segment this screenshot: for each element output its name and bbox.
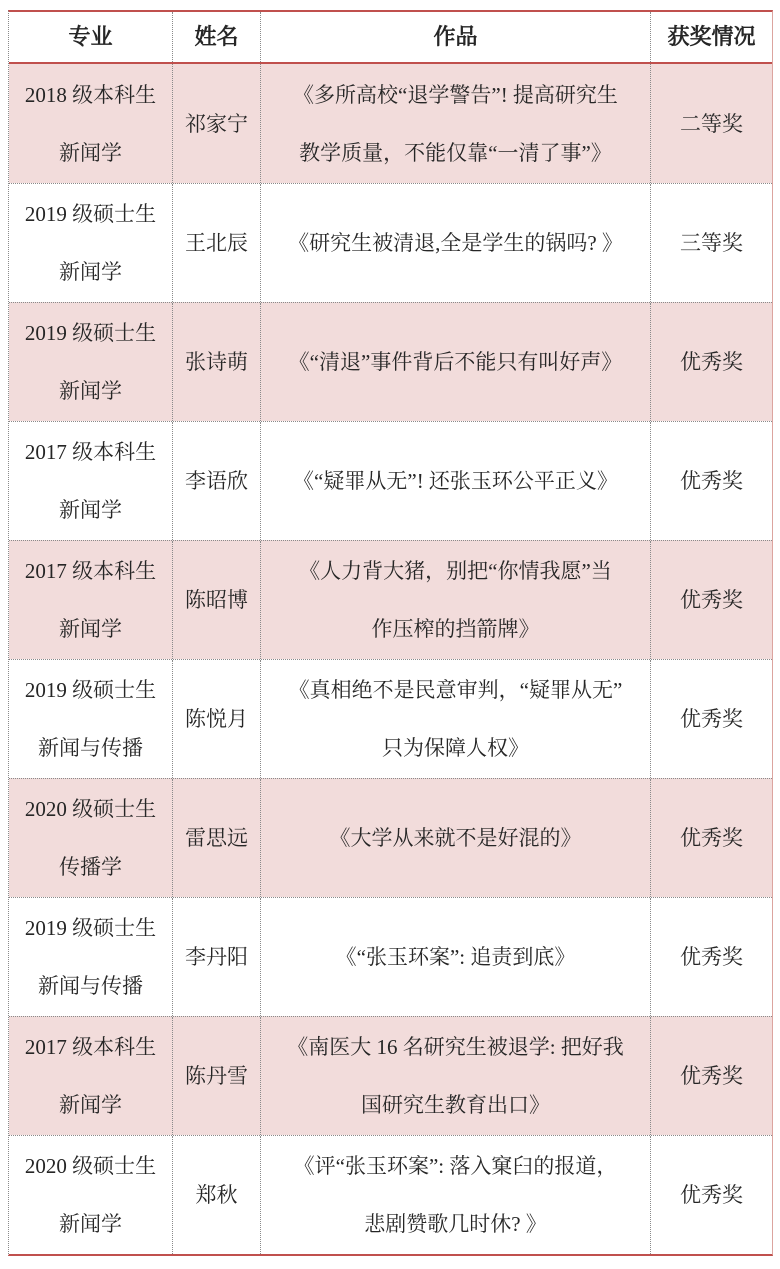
major-line2: 新闻学 [59, 243, 122, 301]
major-line2: 新闻与传播 [38, 957, 143, 1015]
award-label: 优秀奖 [680, 571, 743, 629]
major-line2: 传播学 [59, 838, 122, 896]
work-line1: 《研究生被清退,全是学生的锅吗? 》 [288, 214, 623, 272]
award-label: 优秀奖 [680, 809, 743, 867]
award-cell: 优秀奖 [650, 1017, 772, 1135]
header-work-label: 作品 [433, 22, 477, 52]
major-line2: 新闻学 [59, 1195, 122, 1253]
table-row: 2018 级本科生新闻学 祁家宁 《多所高校“退学警告”! 提高研究生教学质量，… [9, 64, 772, 183]
major-line1: 2017 级本科生 [25, 1018, 156, 1076]
award-cell: 二等奖 [650, 64, 772, 183]
major-line2: 新闻学 [59, 124, 122, 182]
major-cell: 2019 级硕士生新闻与传播 [9, 660, 172, 778]
major-line1: 2019 级硕士生 [25, 304, 156, 362]
table-row: 2019 级硕士生新闻与传播 李丹阳 《“张玉环案”: 追责到底》 优秀奖 [9, 897, 772, 1016]
header-name-label: 姓名 [194, 22, 238, 52]
name-cell: 陈丹雪 [172, 1017, 260, 1135]
name-cell: 李丹阳 [172, 898, 260, 1016]
award-label: 优秀奖 [680, 1047, 743, 1105]
award-cell: 优秀奖 [650, 660, 772, 778]
header-cell-work: 作品 [260, 12, 650, 62]
header-cell-award: 获奖情况 [650, 12, 772, 62]
major-line1: 2018 级本科生 [25, 66, 156, 124]
award-label: 优秀奖 [680, 690, 743, 748]
work-line1: 《“清退”事件背后不能只有叫好声》 [289, 333, 623, 391]
table-row: 2017 级本科生新闻学 陈丹雪 《南医大 16 名研究生被退学: 把好我国研究… [9, 1016, 772, 1135]
student-name: 郑秋 [196, 1166, 238, 1224]
student-name: 李语欣 [185, 452, 248, 510]
work-line1: 《评“张玉环案”: 落入窠臼的报道， [294, 1137, 618, 1195]
name-cell: 陈悦月 [172, 660, 260, 778]
student-name: 祁家宁 [185, 95, 248, 153]
work-cell: 《“疑罪从无”! 还张玉环公平正义》 [260, 422, 650, 540]
work-cell: 《多所高校“退学警告”! 提高研究生教学质量，不能仅靠“一清了事”》 [260, 64, 650, 183]
work-cell: 《人力背大猪，别把“你情我愿”当作压榨的挡箭牌》 [260, 541, 650, 659]
student-name: 雷思远 [185, 809, 248, 867]
major-line1: 2020 级硕士生 [25, 780, 156, 838]
major-cell: 2020 级硕士生传播学 [9, 779, 172, 897]
major-line2: 新闻与传播 [38, 719, 143, 777]
award-cell: 优秀奖 [650, 779, 772, 897]
table-row: 2017 级本科生新闻学 李语欣 《“疑罪从无”! 还张玉环公平正义》 优秀奖 [9, 421, 772, 540]
award-table: 专业 姓名 作品 获奖情况 2018 级本科生新闻学 祁家宁 《多所高校“退学警… [8, 10, 773, 1256]
major-cell: 2020 级硕士生新闻学 [9, 1136, 172, 1254]
work-line1: 《人力背大猪，别把“你情我愿”当 [299, 542, 612, 600]
student-name: 陈丹雪 [185, 1047, 248, 1105]
work-line2: 只为保障人权》 [382, 719, 529, 777]
table-row: 2017 级本科生新闻学 陈昭博 《人力背大猪，别把“你情我愿”当作压榨的挡箭牌… [9, 540, 772, 659]
major-line1: 2019 级硕士生 [25, 661, 156, 719]
work-line1: 《“疑罪从无”! 还张玉环公平正义》 [293, 452, 618, 510]
table-header-row: 专业 姓名 作品 获奖情况 [9, 12, 772, 64]
name-cell: 雷思远 [172, 779, 260, 897]
award-cell: 优秀奖 [650, 303, 772, 421]
award-cell: 三等奖 [650, 184, 772, 302]
award-label: 三等奖 [680, 214, 743, 272]
table-row: 2019 级硕士生新闻学 张诗萌 《“清退”事件背后不能只有叫好声》 优秀奖 [9, 302, 772, 421]
work-cell: 《大学从来就不是好混的》 [260, 779, 650, 897]
award-label: 优秀奖 [680, 452, 743, 510]
name-cell: 王北辰 [172, 184, 260, 302]
student-name: 李丹阳 [185, 928, 248, 986]
table-row: 2020 级硕士生传播学 雷思远 《大学从来就不是好混的》 优秀奖 [9, 778, 772, 897]
name-cell: 张诗萌 [172, 303, 260, 421]
work-line1: 《多所高校“退学警告”! 提高研究生 [293, 66, 618, 124]
table-row: 2020 级硕士生新闻学 郑秋 《评“张玉环案”: 落入窠臼的报道，悲剧赞歌几时… [9, 1135, 772, 1254]
award-cell: 优秀奖 [650, 422, 772, 540]
name-cell: 祁家宁 [172, 64, 260, 183]
major-cell: 2017 级本科生新闻学 [9, 541, 172, 659]
work-cell: 《评“张玉环案”: 落入窠臼的报道，悲剧赞歌几时休? 》 [260, 1136, 650, 1254]
work-line2: 教学质量，不能仅靠“一清了事”》 [299, 124, 612, 182]
work-line2: 作压榨的挡箭牌》 [372, 600, 540, 658]
major-line1: 2019 级硕士生 [25, 185, 156, 243]
major-line1: 2017 级本科生 [25, 423, 156, 481]
award-label: 优秀奖 [680, 928, 743, 986]
award-cell: 优秀奖 [650, 541, 772, 659]
major-line1: 2019 级硕士生 [25, 899, 156, 957]
major-line1: 2017 级本科生 [25, 542, 156, 600]
name-cell: 郑秋 [172, 1136, 260, 1254]
major-line2: 新闻学 [59, 1076, 122, 1134]
student-name: 张诗萌 [185, 333, 248, 391]
work-line2: 国研究生教育出口》 [361, 1076, 550, 1134]
major-cell: 2017 级本科生新闻学 [9, 422, 172, 540]
work-line1: 《大学从来就不是好混的》 [330, 809, 582, 867]
header-cell-major: 专业 [9, 12, 172, 62]
award-label: 二等奖 [680, 95, 743, 153]
major-line2: 新闻学 [59, 362, 122, 420]
work-cell: 《真相绝不是民意审判，“疑罪从无”只为保障人权》 [260, 660, 650, 778]
work-cell: 《研究生被清退,全是学生的锅吗? 》 [260, 184, 650, 302]
major-cell: 2019 级硕士生新闻学 [9, 184, 172, 302]
award-label: 优秀奖 [680, 1166, 743, 1224]
student-name: 王北辰 [185, 214, 248, 272]
award-label: 优秀奖 [680, 333, 743, 391]
work-line2: 悲剧赞歌几时休? 》 [364, 1195, 547, 1253]
header-award-label: 获奖情况 [667, 22, 755, 52]
award-cell: 优秀奖 [650, 1136, 772, 1254]
work-line1: 《南医大 16 名研究生被退学: 把好我 [287, 1018, 624, 1076]
table-row: 2019 级硕士生新闻与传播 陈悦月 《真相绝不是民意审判，“疑罪从无”只为保障… [9, 659, 772, 778]
major-cell: 2018 级本科生新闻学 [9, 64, 172, 183]
work-cell: 《“清退”事件背后不能只有叫好声》 [260, 303, 650, 421]
work-cell: 《南医大 16 名研究生被退学: 把好我国研究生教育出口》 [260, 1017, 650, 1135]
header-major-label: 专业 [68, 22, 112, 52]
work-cell: 《“张玉环案”: 追责到底》 [260, 898, 650, 1016]
major-cell: 2019 级硕士生新闻与传播 [9, 898, 172, 1016]
header-cell-name: 姓名 [172, 12, 260, 62]
table-row: 2019 级硕士生新闻学 王北辰 《研究生被清退,全是学生的锅吗? 》 三等奖 [9, 183, 772, 302]
student-name: 陈昭博 [185, 571, 248, 629]
name-cell: 李语欣 [172, 422, 260, 540]
major-line2: 新闻学 [59, 481, 122, 539]
major-cell: 2017 级本科生新闻学 [9, 1017, 172, 1135]
major-line2: 新闻学 [59, 600, 122, 658]
major-cell: 2019 级硕士生新闻学 [9, 303, 172, 421]
work-line1: 《真相绝不是民意审判，“疑罪从无” [289, 661, 623, 719]
student-name: 陈悦月 [185, 690, 248, 748]
work-line1: 《“张玉环案”: 追责到底》 [336, 928, 576, 986]
award-cell: 优秀奖 [650, 898, 772, 1016]
major-line1: 2020 级硕士生 [25, 1137, 156, 1195]
name-cell: 陈昭博 [172, 541, 260, 659]
